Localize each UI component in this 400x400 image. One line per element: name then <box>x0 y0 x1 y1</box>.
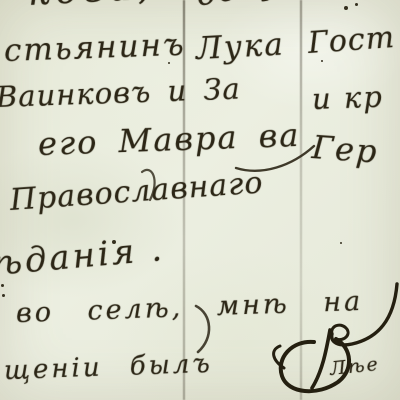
ink-speck <box>344 6 348 10</box>
handwritten-line-row3-left: Ваинковъ и За <box>0 71 241 114</box>
handwritten-line-row2-middle: Лука <box>195 26 286 67</box>
handwritten-line-top-middle: беду <box>193 0 284 14</box>
handwritten-line-row2-left: стьянинъ <box>3 27 186 69</box>
column-divider-right <box>300 0 302 400</box>
ink-speck <box>340 242 342 244</box>
handwritten-line-row8-left: щеніи былъ <box>3 349 213 386</box>
handwritten-line-row5: Православнаго <box>9 165 265 218</box>
handwritten-line-row4-right: Гер <box>311 128 380 171</box>
ink-speck <box>2 294 5 297</box>
handwritten-line-row6: ѣданія . <box>0 229 166 284</box>
handwritten-line-top-left: кова, <box>27 0 156 14</box>
flourish-suffix-text: Лѣе <box>329 353 381 380</box>
ink-speck <box>1 284 4 287</box>
handwritten-line-row4-left: его Мавра ва <box>37 116 301 163</box>
document-scan: кова, беду стьянинъ Лука Гост Ваинковъ и… <box>0 0 400 400</box>
handwritten-line-row7: во селѣ, мнѣ на <box>15 286 363 329</box>
ink-speck <box>321 60 323 62</box>
ink-speck <box>355 3 358 6</box>
handwritten-line-row2-right: Гост <box>307 20 396 61</box>
handwritten-line-row3-right: и кр <box>311 80 384 116</box>
